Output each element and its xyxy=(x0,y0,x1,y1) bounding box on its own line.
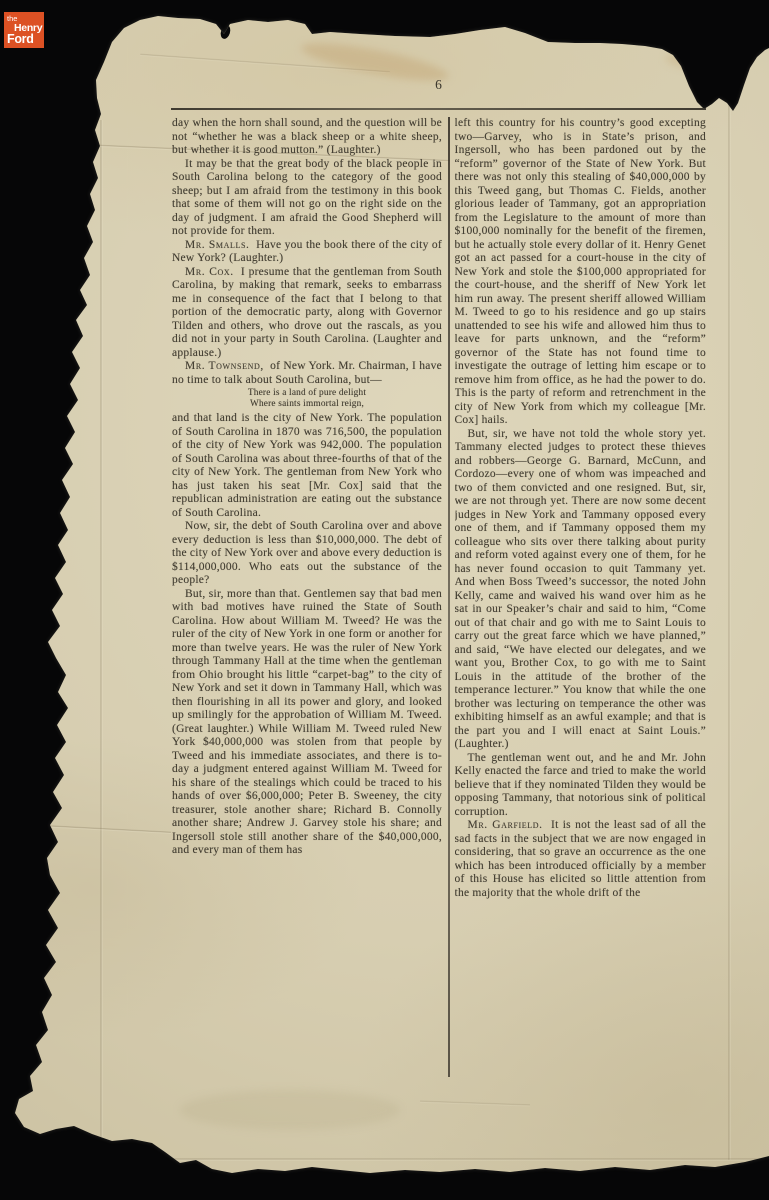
paragraph: But, sir, more than that. Gentlemen say … xyxy=(172,588,442,858)
hymn-quote: There is a land of pure delightWhere sai… xyxy=(172,388,442,410)
paper-stain xyxy=(664,50,736,76)
page-number: 6 xyxy=(172,77,706,93)
paragraph: The gentleman went out, and he and Mr. J… xyxy=(455,752,707,820)
text-column-right: left this country for his country’s good… xyxy=(455,117,707,1079)
paragraph: Now, sir, the debt of South Carolina ove… xyxy=(172,520,442,588)
header-rule xyxy=(171,108,706,110)
text-column-left: day when the horn shall sound, and the q… xyxy=(172,117,442,1079)
paper-stain xyxy=(180,1090,400,1130)
paragraph: Mr. Cox. I presume that the gentleman fr… xyxy=(172,266,442,361)
paragraph: Mr. Garfield. It is not the least sad of… xyxy=(455,819,707,900)
henry-ford-logo: the Henry Ford xyxy=(4,12,44,48)
speaker-name: Mr. Garfield. xyxy=(468,819,543,831)
paragraph: It may be that the great body of the bla… xyxy=(172,158,442,239)
paragraph: left this country for his country’s good… xyxy=(455,117,707,428)
paragraph: day when the horn shall sound, and the q… xyxy=(172,117,442,158)
speaker-name: Mr. Smalls. xyxy=(185,239,249,251)
text-body: day when the horn shall sound, and the q… xyxy=(172,117,706,1079)
paragraph: Mr. Townsend, of New York. Mr. Chairman,… xyxy=(172,360,442,387)
paper-sheet: 6 day when the horn shall sound, and the… xyxy=(0,0,769,1200)
crease-bottom xyxy=(62,1158,762,1161)
crease-top-2 xyxy=(140,53,390,73)
crease-bottom-2 xyxy=(420,1100,530,1107)
paper-tear-hole xyxy=(219,24,232,40)
crease-left-mid xyxy=(46,825,171,835)
hymn-line: Where saints immortal reign, xyxy=(172,399,442,410)
document-page: 6 day when the horn shall sound, and the… xyxy=(0,0,769,1200)
fold-crease-left xyxy=(100,120,103,1160)
paragraph: Mr. Smalls. Have you the book there of t… xyxy=(172,239,442,266)
scan-background: the Henry Ford 6 day when the horn shall… xyxy=(0,0,769,1200)
speaker-name: Mr. Cox. xyxy=(185,266,234,278)
speaker-name: Mr. Townsend, xyxy=(185,360,264,372)
hymn-line: There is a land of pure delight xyxy=(172,388,442,399)
column-divider xyxy=(448,117,450,1077)
paragraph: But, sir, we have not told the whole sto… xyxy=(455,428,707,752)
paragraph: and that land is the city of New York. T… xyxy=(172,412,442,520)
fold-crease-right xyxy=(728,55,731,1160)
logo-text-ford: Ford xyxy=(7,33,44,46)
